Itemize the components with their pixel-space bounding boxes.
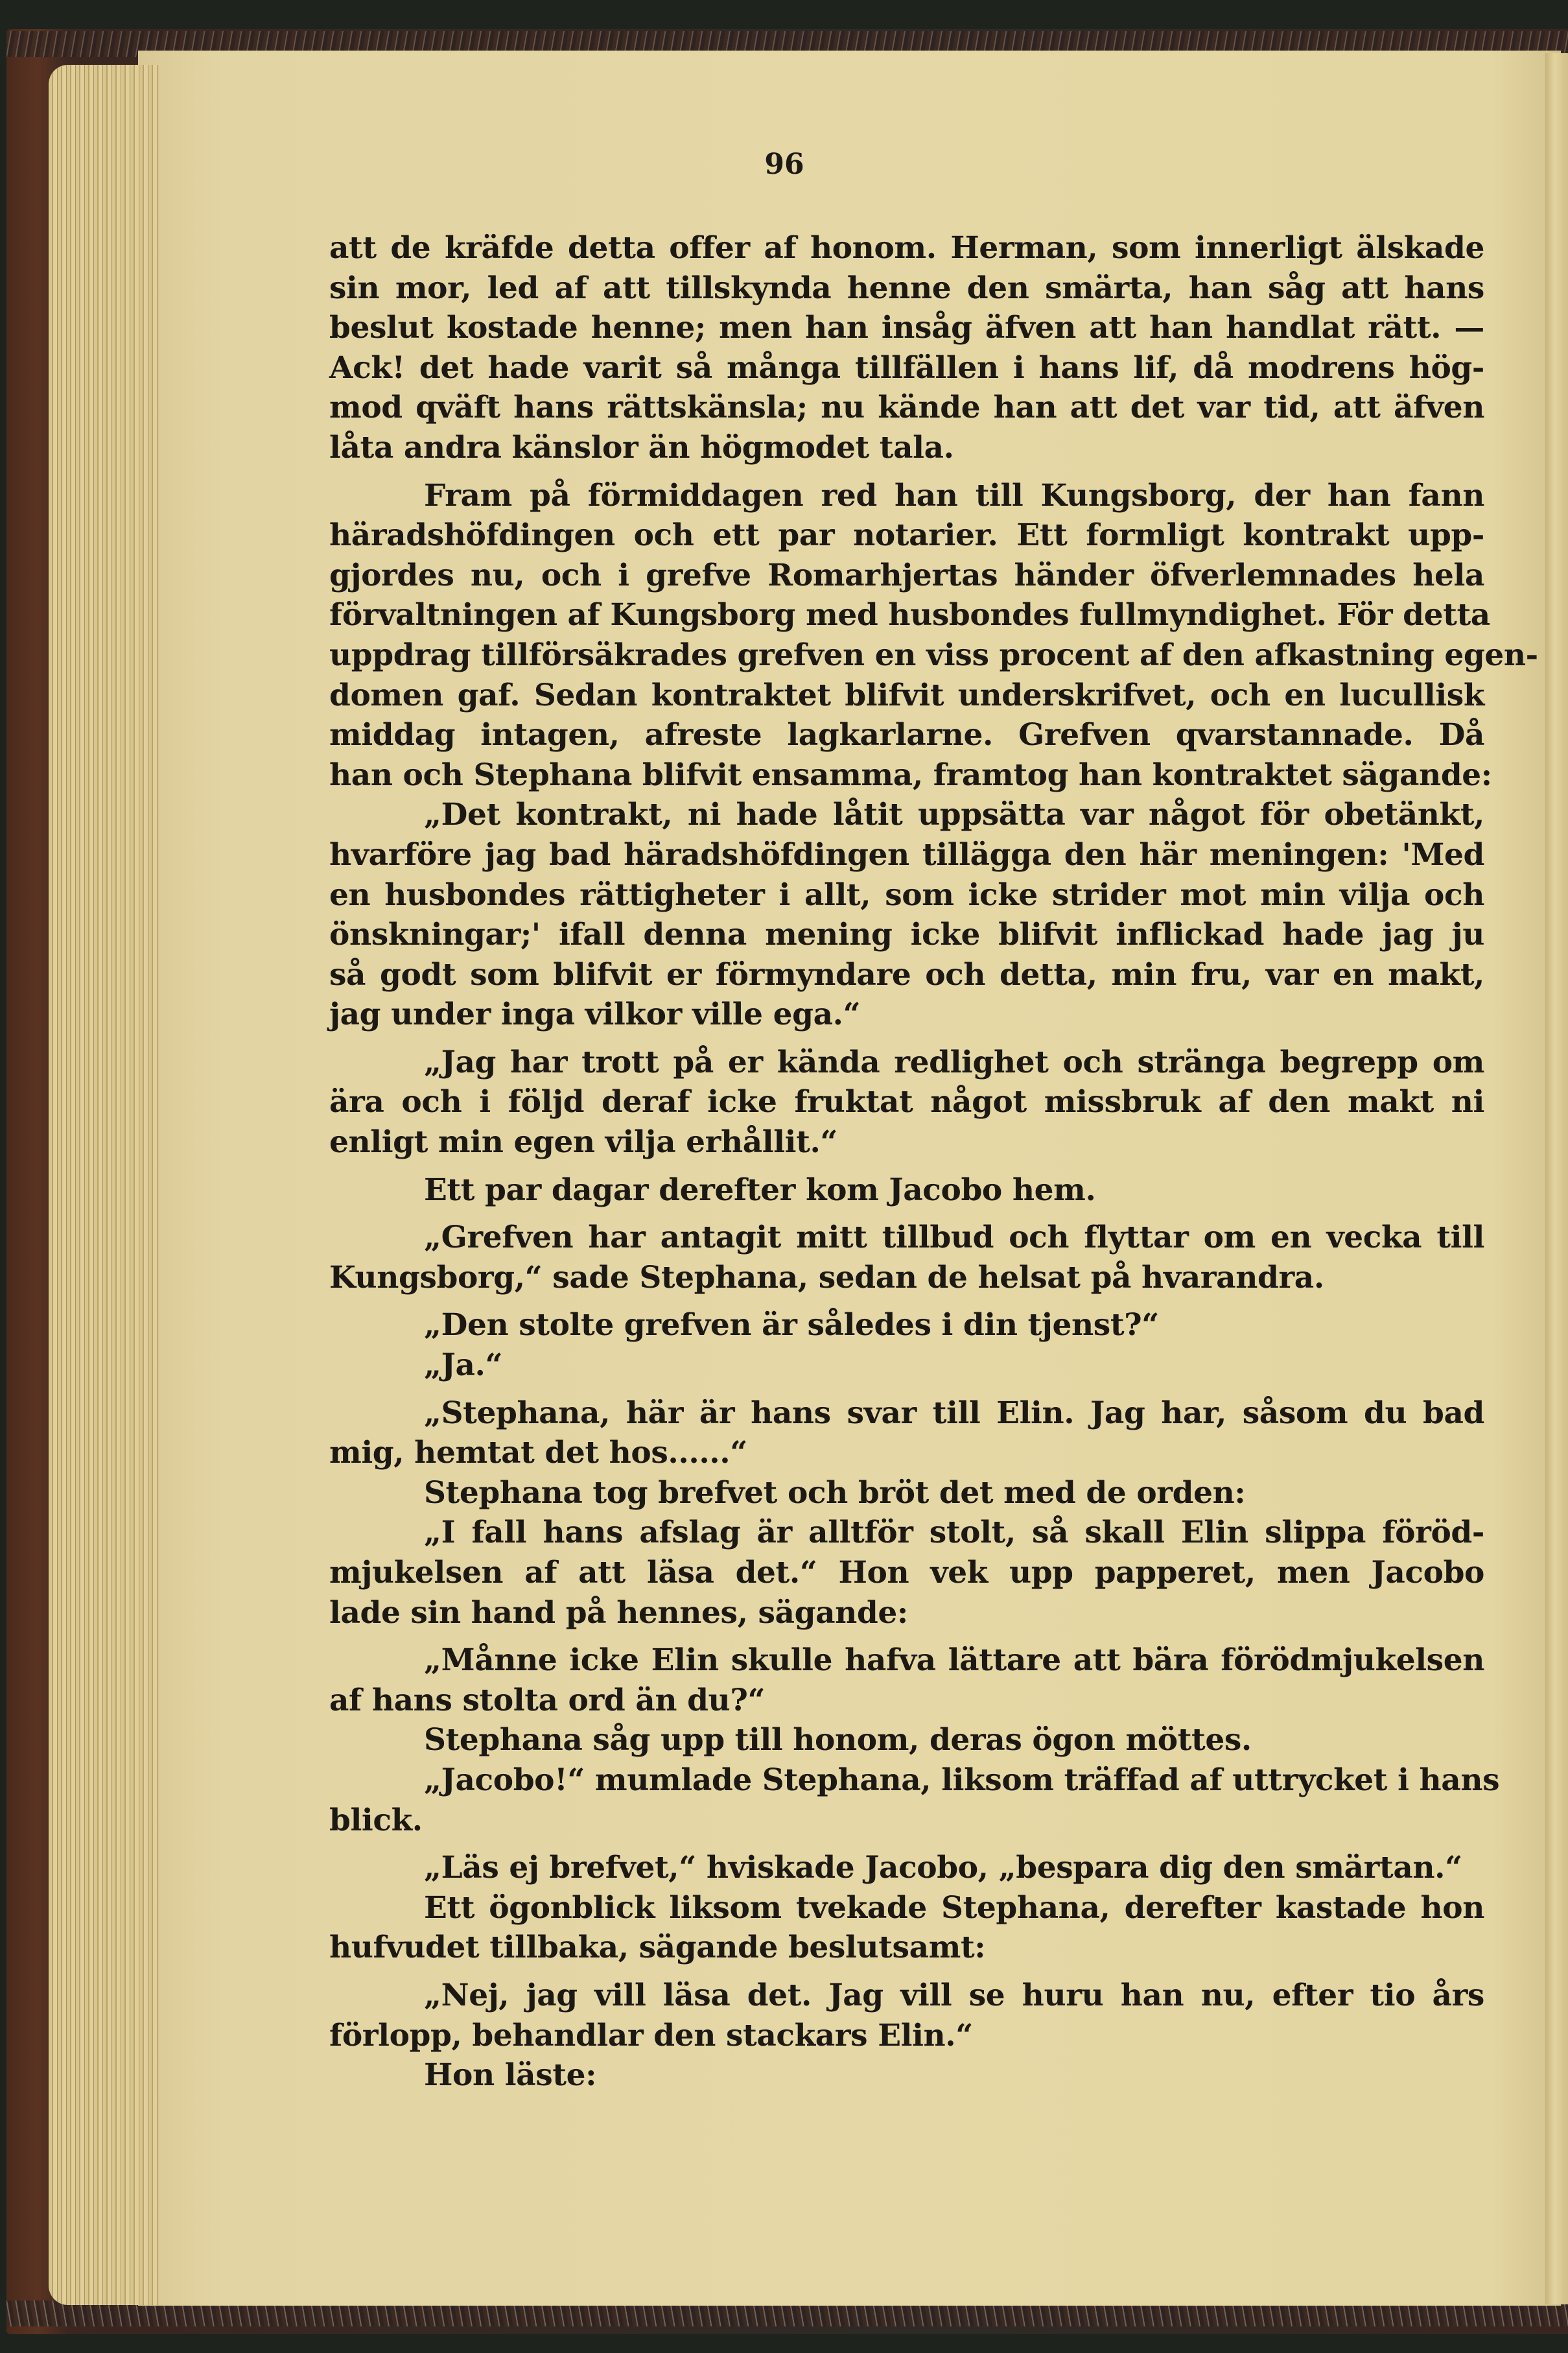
paragraph: Stephana tog brefvet och bröt det med de… [329,1473,1484,1513]
text-line: beslut kostade henne; men han insåg äfve… [329,308,1484,348]
paragraph: „Jacobo!“ mumlade Stephana, liksom träff… [329,1760,1484,1840]
text-line: enligt min egen vilja erhållit.“ [329,1122,1484,1163]
text-line: så godt som blifvit er förmyndare och de… [329,955,1484,995]
text-line: att de kräfde detta offer af honom. Herm… [329,228,1484,268]
text-line: Ack! det hade varit så många tillfällen … [329,348,1484,388]
text-line: Kungsborg,“ sade Stephana, sedan de hels… [329,1258,1484,1298]
text-line: „Jacobo!“ mumlade Stephana, liksom träff… [329,1760,1484,1801]
text-line: domen gaf. Sedan kontraktet blifvit unde… [329,676,1484,716]
paragraph: „Den stolte grefven är således i din tje… [329,1305,1484,1345]
text-line: Stephana såg upp till honom, deras ögon … [329,1720,1484,1760]
text-line: låta andra känslor än högmodet tala. [329,428,1484,468]
text-line: „Det kontrakt, ni hade låtit uppsätta va… [329,795,1484,835]
text-line: Ett par dagar derefter kom Jacobo hem. [329,1170,1484,1211]
text-line: mig, hemtat det hos......“ [329,1433,1484,1473]
paragraph: att de kräfde detta offer af honom. Herm… [329,228,1484,468]
text-line: han och Stephana blifvit ensamma, framto… [329,755,1484,796]
text-line: „Grefven har antagit mitt tillbud och fl… [329,1218,1484,1258]
text-line: jag under inga vilkor ville ega.“ [329,995,1484,1035]
paragraph: Ett ögonblick liksom tvekade Stephana, d… [329,1888,1484,1968]
text-line: önskningar;' ifall denna mening icke bli… [329,915,1484,955]
paragraph: „Stephana, här är hans svar till Elin. J… [329,1393,1484,1473]
text-line: „Nej, jag vill läsa det. Jag vill se hur… [329,1976,1484,2016]
text-line: mjukelsen af att läsa det.“ Hon vek upp … [329,1553,1484,1593]
text-line: „I fall hans afslag är alltför stolt, så… [329,1513,1484,1553]
page-edges-stack [49,65,159,2305]
text-line: förvaltningen af Kungsborg med husbondes… [329,595,1484,635]
paragraph: Stephana såg upp till honom, deras ögon … [329,1720,1484,1760]
paragraph: Ett par dagar derefter kom Jacobo hem. [329,1170,1484,1211]
text-line: lade sin hand på hennes, sägande: [329,1593,1484,1633]
paragraph: Fram på förmiddagen red han till Kungsbo… [329,476,1484,796]
paragraph: Hon läste: [329,2055,1484,2096]
text-line: uppdrag tillförsäkrades grefven en viss … [329,635,1484,676]
text-line: „Stephana, här är hans svar till Elin. J… [329,1393,1484,1434]
text-line: förlopp, behandlar den stackars Elin.“ [329,2016,1484,2056]
text-line: middag intagen, afreste lagkarlarne. Gre… [329,715,1484,755]
next-page-edge [1545,53,1568,2304]
text-line: „Månne icke Elin skulle hafva lättare at… [329,1640,1484,1681]
paragraph: „Ja.“ [329,1345,1484,1386]
text-line: „Den stolte grefven är således i din tje… [329,1305,1484,1345]
paragraph: „Månne icke Elin skulle hafva lättare at… [329,1640,1484,1720]
text-line: blick. [329,1801,1484,1841]
text-line: „Läs ej brefvet,“ hviskade Jacobo, „besp… [329,1848,1484,1888]
text-line: Fram på förmiddagen red han till Kungsbo… [329,476,1484,516]
paragraph: „Nej, jag vill läsa det. Jag vill se hur… [329,1976,1484,2055]
text-line: ära och i följd deraf icke fruktat något… [329,1082,1484,1122]
text-line: hufvudet tillbaka, sägande beslutsamt: [329,1928,1484,1968]
text-line: Ett ögonblick liksom tvekade Stephana, d… [329,1888,1484,1928]
text-line: Stephana tog brefvet och bröt det med de… [329,1473,1484,1513]
text-line: Hon läste: [329,2055,1484,2096]
page-number: 96 [732,148,836,181]
paragraph: „Grefven har antagit mitt tillbud och fl… [329,1218,1484,1297]
paragraph: „I fall hans afslag är alltför stolt, så… [329,1513,1484,1633]
text-line: „Ja.“ [329,1345,1484,1386]
body-text: att de kräfde detta offer af honom. Herm… [329,228,1484,2096]
text-line: af hans stolta ord än du?“ [329,1681,1484,1721]
paragraph: „Jag har trott på er kända redlighet och… [329,1043,1484,1163]
text-line: gjordes nu, och i grefve Romarhjertas hä… [329,556,1484,596]
paragraph: „Det kontrakt, ni hade låtit uppsätta va… [329,795,1484,1035]
paragraph: „Läs ej brefvet,“ hviskade Jacobo, „besp… [329,1848,1484,1888]
text-line: „Jag har trott på er kända redlighet och… [329,1043,1484,1083]
text-line: sin mor, led af att tillskynda henne den… [329,268,1484,309]
text-line: häradshöfdingen och ett par notarier. Et… [329,515,1484,556]
text-line: en husbondes rättigheter i allt, som ick… [329,875,1484,916]
text-line: mod qväft hans rättskänsla; nu kände han… [329,388,1484,428]
text-line: hvarföre jag bad häradshöfdingen tillägg… [329,835,1484,875]
